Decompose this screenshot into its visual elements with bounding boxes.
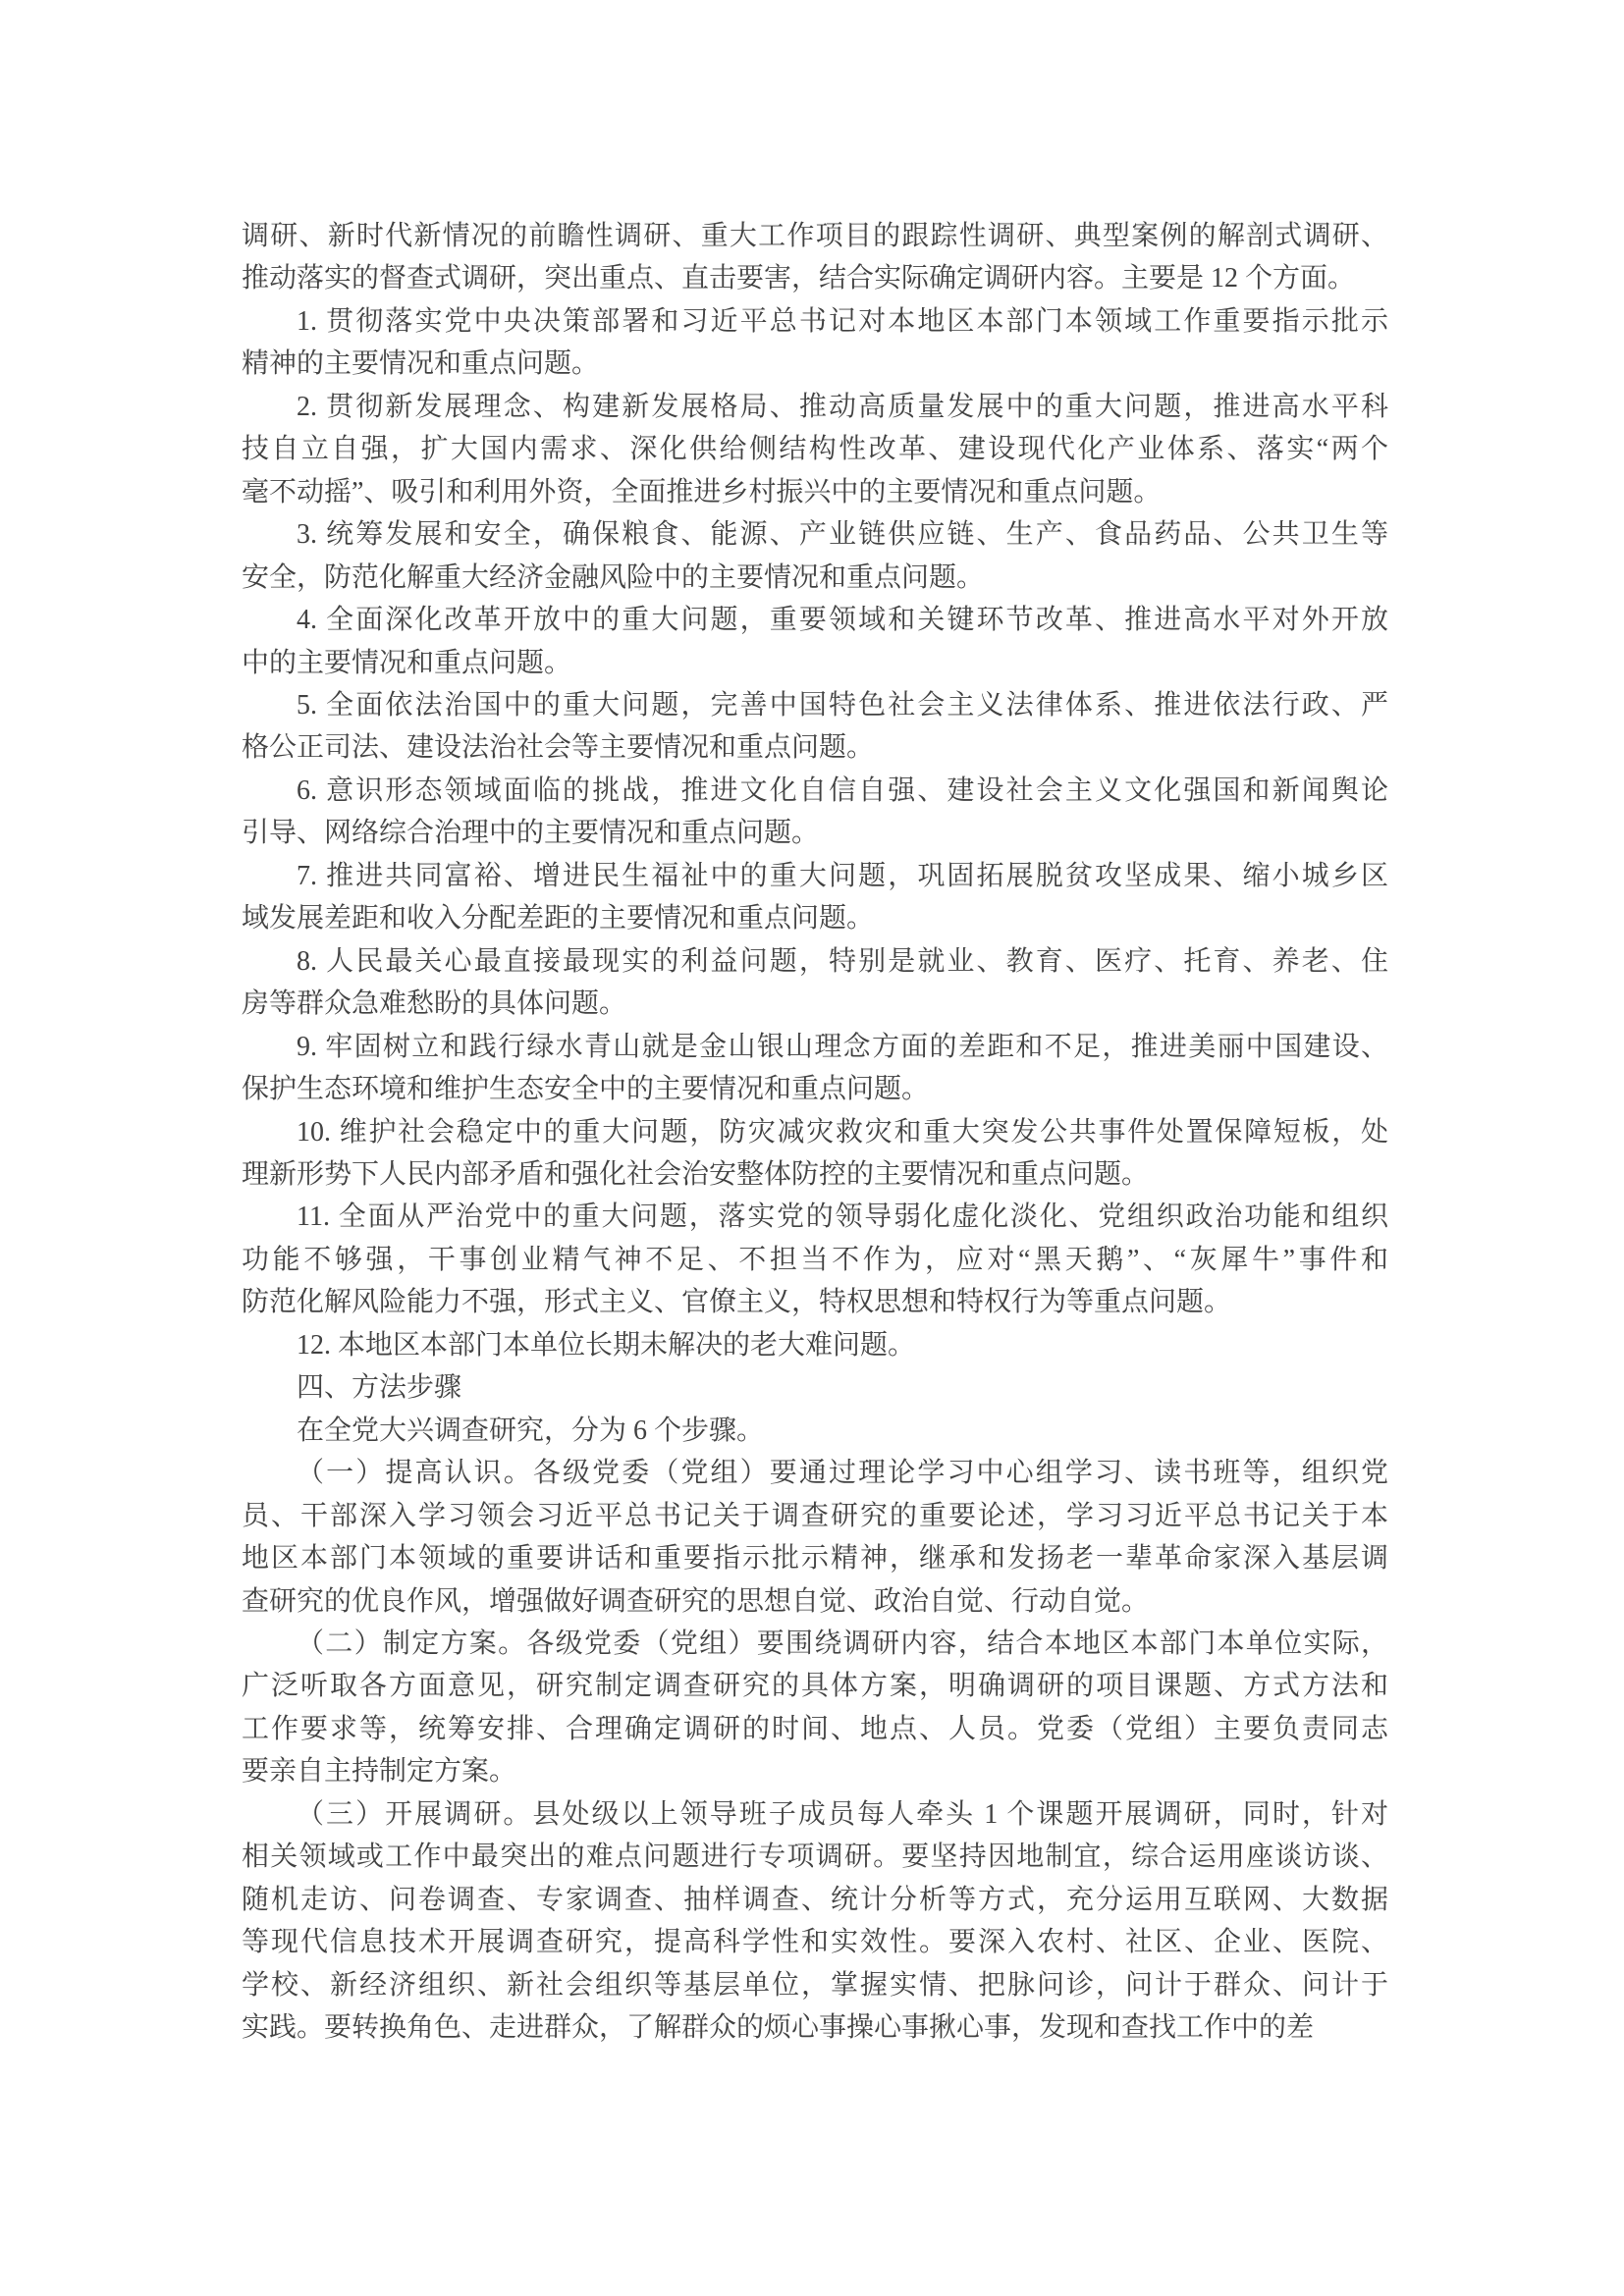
- text-line: 格公正司法、建设法治社会等主要情况和重点问题。: [242, 726, 1388, 769]
- text-line: 工作要求等，统筹安排、合理确定调研的时间、地点、人员。党委（党组）主要负责同志: [242, 1708, 1388, 1750]
- text-line: 安全，防范化解重大经济金融风险中的主要情况和重点问题。: [242, 557, 1388, 599]
- text-line: 4. 全面深化改革开放中的重大问题，重要领域和关键环节改革、推进高水平对外开放: [242, 599, 1388, 641]
- paragraph: （一）提高认识。各级党委（党组）要通过理论学习中心组学习、读书班等，组织党员、干…: [242, 1452, 1388, 1623]
- paragraph: （三）开展调研。县处级以上领导班子成员每人牵头 1 个课题开展调研，同时，针对相…: [242, 1793, 1388, 2050]
- text-line: 8. 人民最关心最直接最现实的利益问题，特别是就业、教育、医疗、托育、养老、住: [242, 940, 1388, 983]
- paragraph: 8. 人民最关心最直接最现实的利益问题，特别是就业、教育、医疗、托育、养老、住房…: [242, 940, 1388, 1026]
- text-line: 9. 牢固树立和践行绿水青山就是金山银山理念方面的差距和不足，推进美丽中国建设、: [242, 1026, 1388, 1068]
- paragraph: 12. 本地区本部门本单位长期未解决的老大难问题。: [242, 1324, 1388, 1366]
- text-line: 推动落实的督查式调研，突出重点、直击要害，结合实际确定调研内容。主要是 12 个…: [242, 257, 1388, 299]
- text-line: 调研、新时代新情况的前瞻性调研、重大工作项目的跟踪性调研、典型案例的解剖式调研、: [242, 215, 1388, 257]
- text-line: 学校、新经济组织、新社会组织等基层单位，掌握实情、把脉问诊，问计于群众、问计于: [242, 1964, 1388, 2006]
- paragraph: 1. 贯彻落实党中央决策部署和习近平总书记对本地区本部门本领域工作重要指示批示精…: [242, 300, 1388, 386]
- text-line: （一）提高认识。各级党委（党组）要通过理论学习中心组学习、读书班等，组织党: [242, 1452, 1388, 1494]
- text-line: 3. 统筹发展和安全，确保粮食、能源、产业链供应链、生产、食品药品、公共卫生等: [242, 513, 1388, 556]
- document-page: 调研、新时代新情况的前瞻性调研、重大工作项目的跟踪性调研、典型案例的解剖式调研、…: [0, 0, 1624, 2296]
- text-line: 理新形势下人民内部矛盾和强化社会治安整体防控的主要情况和重点问题。: [242, 1153, 1388, 1196]
- paragraph: 四、方法步骤: [242, 1366, 1388, 1409]
- text-line: 功能不够强，干事创业精气神不足、不担当不作为，应对“黑天鹅”、“灰犀牛”事件和: [242, 1239, 1388, 1281]
- text-line: 保护生态环境和维护生态安全中的主要情况和重点问题。: [242, 1068, 1388, 1110]
- paragraph: 2. 贯彻新发展理念、构建新发展格局、推动高质量发展中的重大问题，推进高水平科技…: [242, 386, 1388, 513]
- text-line: 技自立自强，扩大国内需求、深化供给侧结构性改革、建设现代化产业体系、落实“两个: [242, 428, 1388, 470]
- text-line: 精神的主要情况和重点问题。: [242, 343, 1388, 385]
- text-line: 域发展差距和收入分配差距的主要情况和重点问题。: [242, 897, 1388, 939]
- paragraph: 9. 牢固树立和践行绿水青山就是金山银山理念方面的差距和不足，推进美丽中国建设、…: [242, 1026, 1388, 1111]
- text-line: 10. 维护社会稳定中的重大问题，防灾减灾救灾和重大突发公共事件处置保障短板，处: [242, 1111, 1388, 1153]
- paragraph: 11. 全面从严治党中的重大问题，落实党的领导弱化虚化淡化、党组织政治功能和组织…: [242, 1196, 1388, 1323]
- paragraph: 7. 推进共同富裕、增进民生福祉中的重大问题，巩固拓展脱贫攻坚成果、缩小城乡区域…: [242, 855, 1388, 940]
- document-text-block: 调研、新时代新情况的前瞻性调研、重大工作项目的跟踪性调研、典型案例的解剖式调研、…: [242, 215, 1388, 2049]
- paragraph: 10. 维护社会稳定中的重大问题，防灾减灾救灾和重大突发公共事件处置保障短板，处…: [242, 1111, 1388, 1197]
- text-line: 防范化解风险能力不强，形式主义、官僚主义，特权思想和特权行为等重点问题。: [242, 1281, 1388, 1323]
- text-line: 要亲自主持制定方案。: [242, 1750, 1388, 1792]
- text-line: 员、干部深入学习领会习近平总书记关于调查研究的重要论述，学习习近平总书记关于本: [242, 1495, 1388, 1537]
- text-line: 中的主要情况和重点问题。: [242, 642, 1388, 684]
- text-line: 毫不动摇”、吸引和利用外资，全面推进乡村振兴中的主要情况和重点问题。: [242, 471, 1388, 513]
- paragraph: （二）制定方案。各级党委（党组）要围绕调研内容，结合本地区本部门本单位实际，广泛…: [242, 1623, 1388, 1793]
- paragraph: 3. 统筹发展和安全，确保粮食、能源、产业链供应链、生产、食品药品、公共卫生等安…: [242, 513, 1388, 599]
- text-line: 1. 贯彻落实党中央决策部署和习近平总书记对本地区本部门本领域工作重要指示批示: [242, 300, 1388, 343]
- text-line: 11. 全面从严治党中的重大问题，落实党的领导弱化虚化淡化、党组织政治功能和组织: [242, 1196, 1388, 1238]
- text-line: 5. 全面依法治国中的重大问题，完善中国特色社会主义法律体系、推进依法行政、严: [242, 684, 1388, 726]
- text-line: 相关领域或工作中最突出的难点问题进行专项调研。要坚持因地制宜，综合运用座谈访谈、: [242, 1836, 1388, 1878]
- text-line: （三）开展调研。县处级以上领导班子成员每人牵头 1 个课题开展调研，同时，针对: [242, 1793, 1388, 1836]
- text-line: 广泛听取各方面意见，研究制定调查研究的具体方案，明确调研的项目课题、方式方法和: [242, 1665, 1388, 1707]
- text-line: 房等群众急难愁盼的具体问题。: [242, 983, 1388, 1025]
- text-line: 6. 意识形态领域面临的挑战，推进文化自信自强、建设社会主义文化强国和新闻舆论: [242, 770, 1388, 812]
- text-line: 2. 贯彻新发展理念、构建新发展格局、推动高质量发展中的重大问题，推进高水平科: [242, 386, 1388, 428]
- text-line: 四、方法步骤: [242, 1366, 1388, 1409]
- paragraph: 4. 全面深化改革开放中的重大问题，重要领域和关键环节改革、推进高水平对外开放中…: [242, 599, 1388, 684]
- text-line: 7. 推进共同富裕、增进民生福祉中的重大问题，巩固拓展脱贫攻坚成果、缩小城乡区: [242, 855, 1388, 897]
- text-line: 地区本部门本领域的重要讲话和重要指示批示精神，继承和发扬老一辈革命家深入基层调: [242, 1537, 1388, 1579]
- text-line: 实践。要转换角色、走进群众，了解群众的烦心事操心事揪心事，发现和查找工作中的差: [242, 2006, 1388, 2049]
- text-line: 查研究的优良作风，增强做好调查研究的思想自觉、政治自觉、行动自觉。: [242, 1580, 1388, 1623]
- paragraph: 6. 意识形态领域面临的挑战，推进文化自信自强、建设社会主义文化强国和新闻舆论引…: [242, 770, 1388, 855]
- text-line: 引导、网络综合治理中的主要情况和重点问题。: [242, 812, 1388, 854]
- paragraph: 5. 全面依法治国中的重大问题，完善中国特色社会主义法律体系、推进依法行政、严格…: [242, 684, 1388, 770]
- paragraph: 在全党大兴调查研究，分为 6 个步骤。: [242, 1410, 1388, 1452]
- text-line: 在全党大兴调查研究，分为 6 个步骤。: [242, 1410, 1388, 1452]
- paragraph: 调研、新时代新情况的前瞻性调研、重大工作项目的跟踪性调研、典型案例的解剖式调研、…: [242, 215, 1388, 300]
- text-line: 等现代信息技术开展调查研究，提高科学性和实效性。要深入农村、社区、企业、医院、: [242, 1921, 1388, 1963]
- text-line: （二）制定方案。各级党委（党组）要围绕调研内容，结合本地区本部门本单位实际，: [242, 1623, 1388, 1665]
- text-line: 随机走访、问卷调查、专家调查、抽样调查、统计分析等方式，充分运用互联网、大数据: [242, 1879, 1388, 1921]
- text-line: 12. 本地区本部门本单位长期未解决的老大难问题。: [242, 1324, 1388, 1366]
